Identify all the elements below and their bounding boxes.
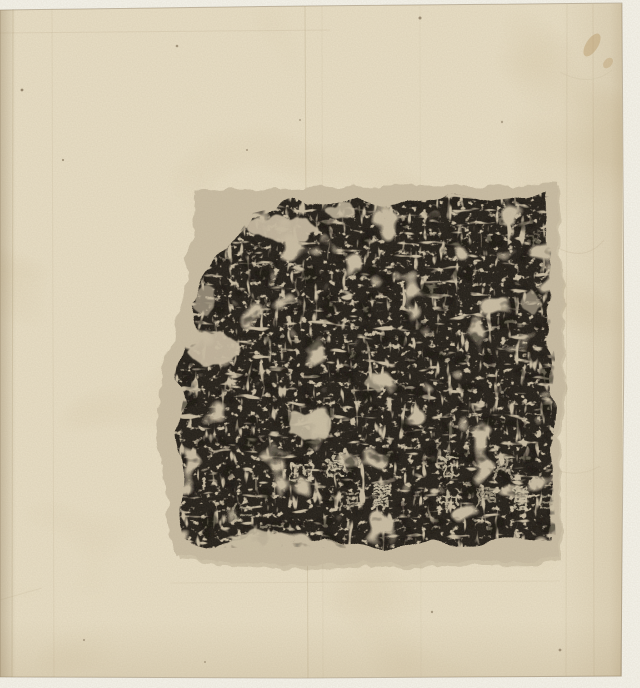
scan-grain-overlay bbox=[0, 0, 640, 688]
rubbing-artwork bbox=[0, 0, 640, 688]
scanned-album-leaf bbox=[0, 0, 640, 688]
